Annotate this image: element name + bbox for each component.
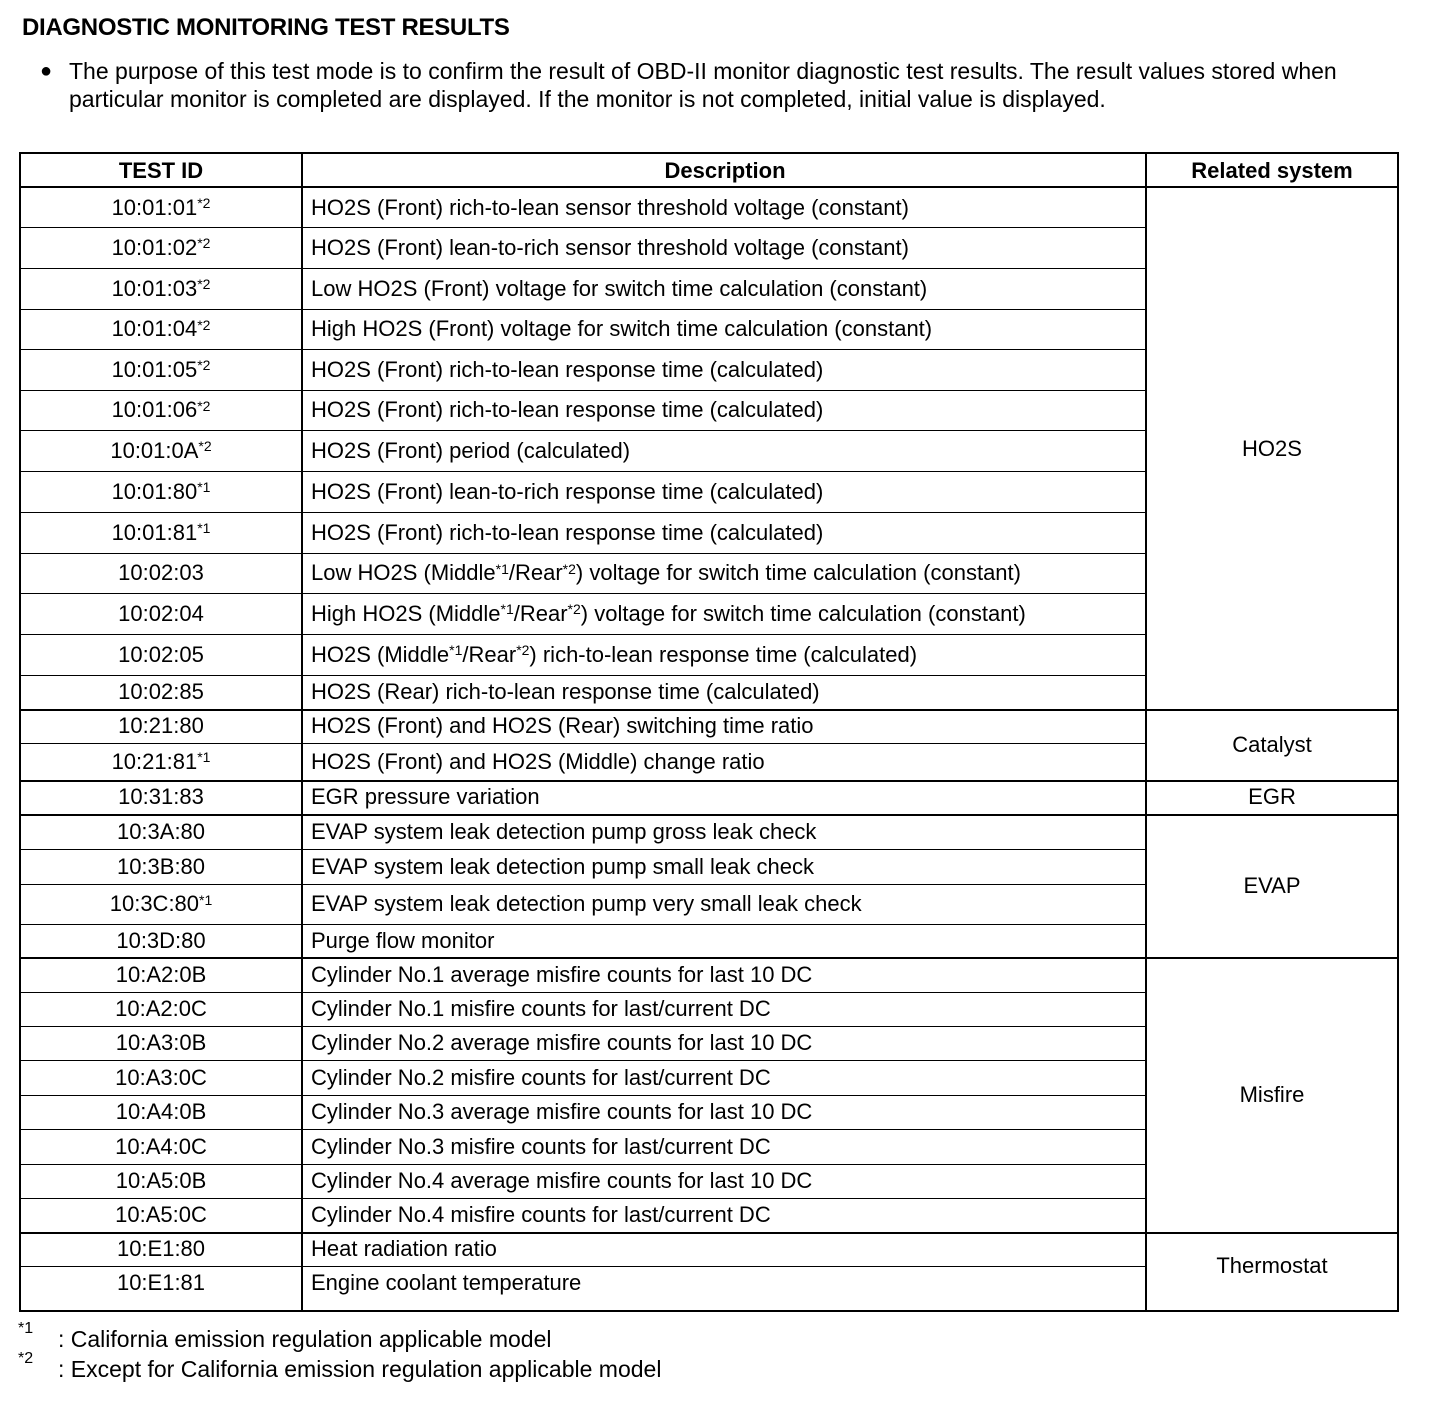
description-cell: HO2S (Front) rich-to-lean response time …: [305, 390, 1145, 430]
column-divider: [301, 154, 303, 1310]
test-id-cell: 10:A5:0B: [21, 1164, 301, 1198]
header-related-system: Related system: [1147, 154, 1397, 188]
test-id-cell: 10:E1:80: [21, 1232, 301, 1266]
related-system-cell: Misfire: [1147, 957, 1397, 1232]
test-id-cell: 10:01:0A*2: [21, 430, 301, 471]
test-id-cell: 10:01:06*2: [21, 390, 301, 430]
description-cell: Engine coolant temperature: [305, 1266, 1145, 1300]
test-id-cell: 10:A4:0C: [21, 1129, 301, 1164]
test-id-cell: 10:A3:0C: [21, 1060, 301, 1095]
footnote-mark: *2: [18, 1350, 58, 1368]
page-title: DIAGNOSTIC MONITORING TEST RESULTS: [22, 14, 510, 42]
description-cell: Cylinder No.2 misfire counts for last/cu…: [305, 1060, 1145, 1095]
description-cell: Low HO2S (Front) voltage for switch time…: [305, 268, 1145, 309]
description-cell: HO2S (Middle*1/Rear*2) rich-to-lean resp…: [305, 634, 1145, 675]
test-id-cell: 10:02:03: [21, 553, 301, 593]
footnote-2: *2: Except for California emission regul…: [18, 1356, 661, 1383]
description-cell: High HO2S (Front) voltage for switch tim…: [305, 309, 1145, 349]
footnote-text: : Except for California emission regulat…: [58, 1356, 661, 1382]
test-id-cell: 10:A3:0B: [21, 1026, 301, 1060]
test-id-cell: 10:01:02*2: [21, 227, 301, 268]
test-id-cell: 10:3C:80*1: [21, 884, 301, 924]
description-cell: High HO2S (Middle*1/Rear*2) voltage for …: [305, 593, 1145, 634]
description-cell: Cylinder No.4 misfire counts for last/cu…: [305, 1198, 1145, 1232]
description-cell: Cylinder No.3 misfire counts for last/cu…: [305, 1129, 1145, 1164]
description-cell: Cylinder No.2 average misfire counts for…: [305, 1026, 1145, 1060]
test-id-cell: 10:01:03*2: [21, 268, 301, 309]
description-cell: HO2S (Front) lean-to-rich response time …: [305, 471, 1145, 512]
test-id-cell: 10:02:85: [21, 675, 301, 709]
description-cell: Cylinder No.3 average misfire counts for…: [305, 1095, 1145, 1129]
test-id-cell: 10:3D:80: [21, 924, 301, 957]
test-id-cell: 10:01:01*2: [21, 188, 301, 227]
description-cell: EGR pressure variation: [305, 780, 1145, 814]
test-id-cell: 10:E1:81: [21, 1266, 301, 1300]
related-system-cell: Catalyst: [1147, 709, 1397, 780]
description-cell: HO2S (Front) and HO2S (Middle) change ra…: [305, 743, 1145, 780]
description-cell: Low HO2S (Middle*1/Rear*2) voltage for s…: [305, 553, 1145, 593]
test-id-cell: 10:01:80*1: [21, 471, 301, 512]
description-cell: Cylinder No.1 misfire counts for last/cu…: [305, 992, 1145, 1026]
description-cell: HO2S (Front) and HO2S (Rear) switching t…: [305, 709, 1145, 743]
related-system-cell: HO2S: [1147, 188, 1397, 709]
header-test-id: TEST ID: [21, 154, 301, 188]
description-cell: Purge flow monitor: [305, 924, 1145, 957]
test-id-cell: 10:21:81*1: [21, 743, 301, 780]
test-id-cell: 10:3A:80: [21, 814, 301, 849]
test-id-cell: 10:A5:0C: [21, 1198, 301, 1232]
description-cell: Cylinder No.1 average misfire counts for…: [305, 957, 1145, 992]
footnote-1: *1: California emission regulation appli…: [18, 1326, 552, 1353]
description-cell: EVAP system leak detection pump small le…: [305, 849, 1145, 884]
related-system-cell: EGR: [1147, 780, 1397, 814]
description-cell: HO2S (Rear) rich-to-lean response time (…: [305, 675, 1145, 709]
test-id-cell: 10:01:05*2: [21, 349, 301, 390]
test-id-cell: 10:31:83: [21, 780, 301, 814]
intro-paragraph: ● The purpose of this test mode is to co…: [40, 58, 1410, 113]
test-id-cell: 10:01:81*1: [21, 512, 301, 553]
footnote-mark: *1: [18, 1320, 58, 1338]
test-id-cell: 10:02:04: [21, 593, 301, 634]
footnote-text: : California emission regulation applica…: [58, 1326, 552, 1352]
description-cell: HO2S (Front) rich-to-lean response time …: [305, 512, 1145, 553]
description-cell: HO2S (Front) period (calculated): [305, 430, 1145, 471]
test-id-cell: 10:A4:0B: [21, 1095, 301, 1129]
description-cell: HO2S (Front) rich-to-lean response time …: [305, 349, 1145, 390]
description-cell: EVAP system leak detection pump very sma…: [305, 884, 1145, 924]
description-cell: Cylinder No.4 average misfire counts for…: [305, 1164, 1145, 1198]
description-cell: HO2S (Front) rich-to-lean sensor thresho…: [305, 188, 1145, 227]
description-cell: HO2S (Front) lean-to-rich sensor thresho…: [305, 227, 1145, 268]
description-cell: EVAP system leak detection pump gross le…: [305, 814, 1145, 849]
test-id-cell: 10:02:05: [21, 634, 301, 675]
bullet-icon: ●: [40, 58, 52, 86]
test-id-cell: 10:A2:0B: [21, 957, 301, 992]
test-results-table: TEST ID Description Related system 10:01…: [19, 152, 1399, 1312]
test-id-cell: 10:A2:0C: [21, 992, 301, 1026]
related-system-cell: Thermostat: [1147, 1232, 1397, 1300]
test-id-cell: 10:01:04*2: [21, 309, 301, 349]
header-description: Description: [303, 154, 1147, 188]
related-system-cell: EVAP: [1147, 814, 1397, 957]
description-cell: Heat radiation ratio: [305, 1232, 1145, 1266]
intro-text: The purpose of this test mode is to conf…: [69, 58, 1410, 113]
test-id-cell: 10:21:80: [21, 709, 301, 743]
test-id-cell: 10:3B:80: [21, 849, 301, 884]
